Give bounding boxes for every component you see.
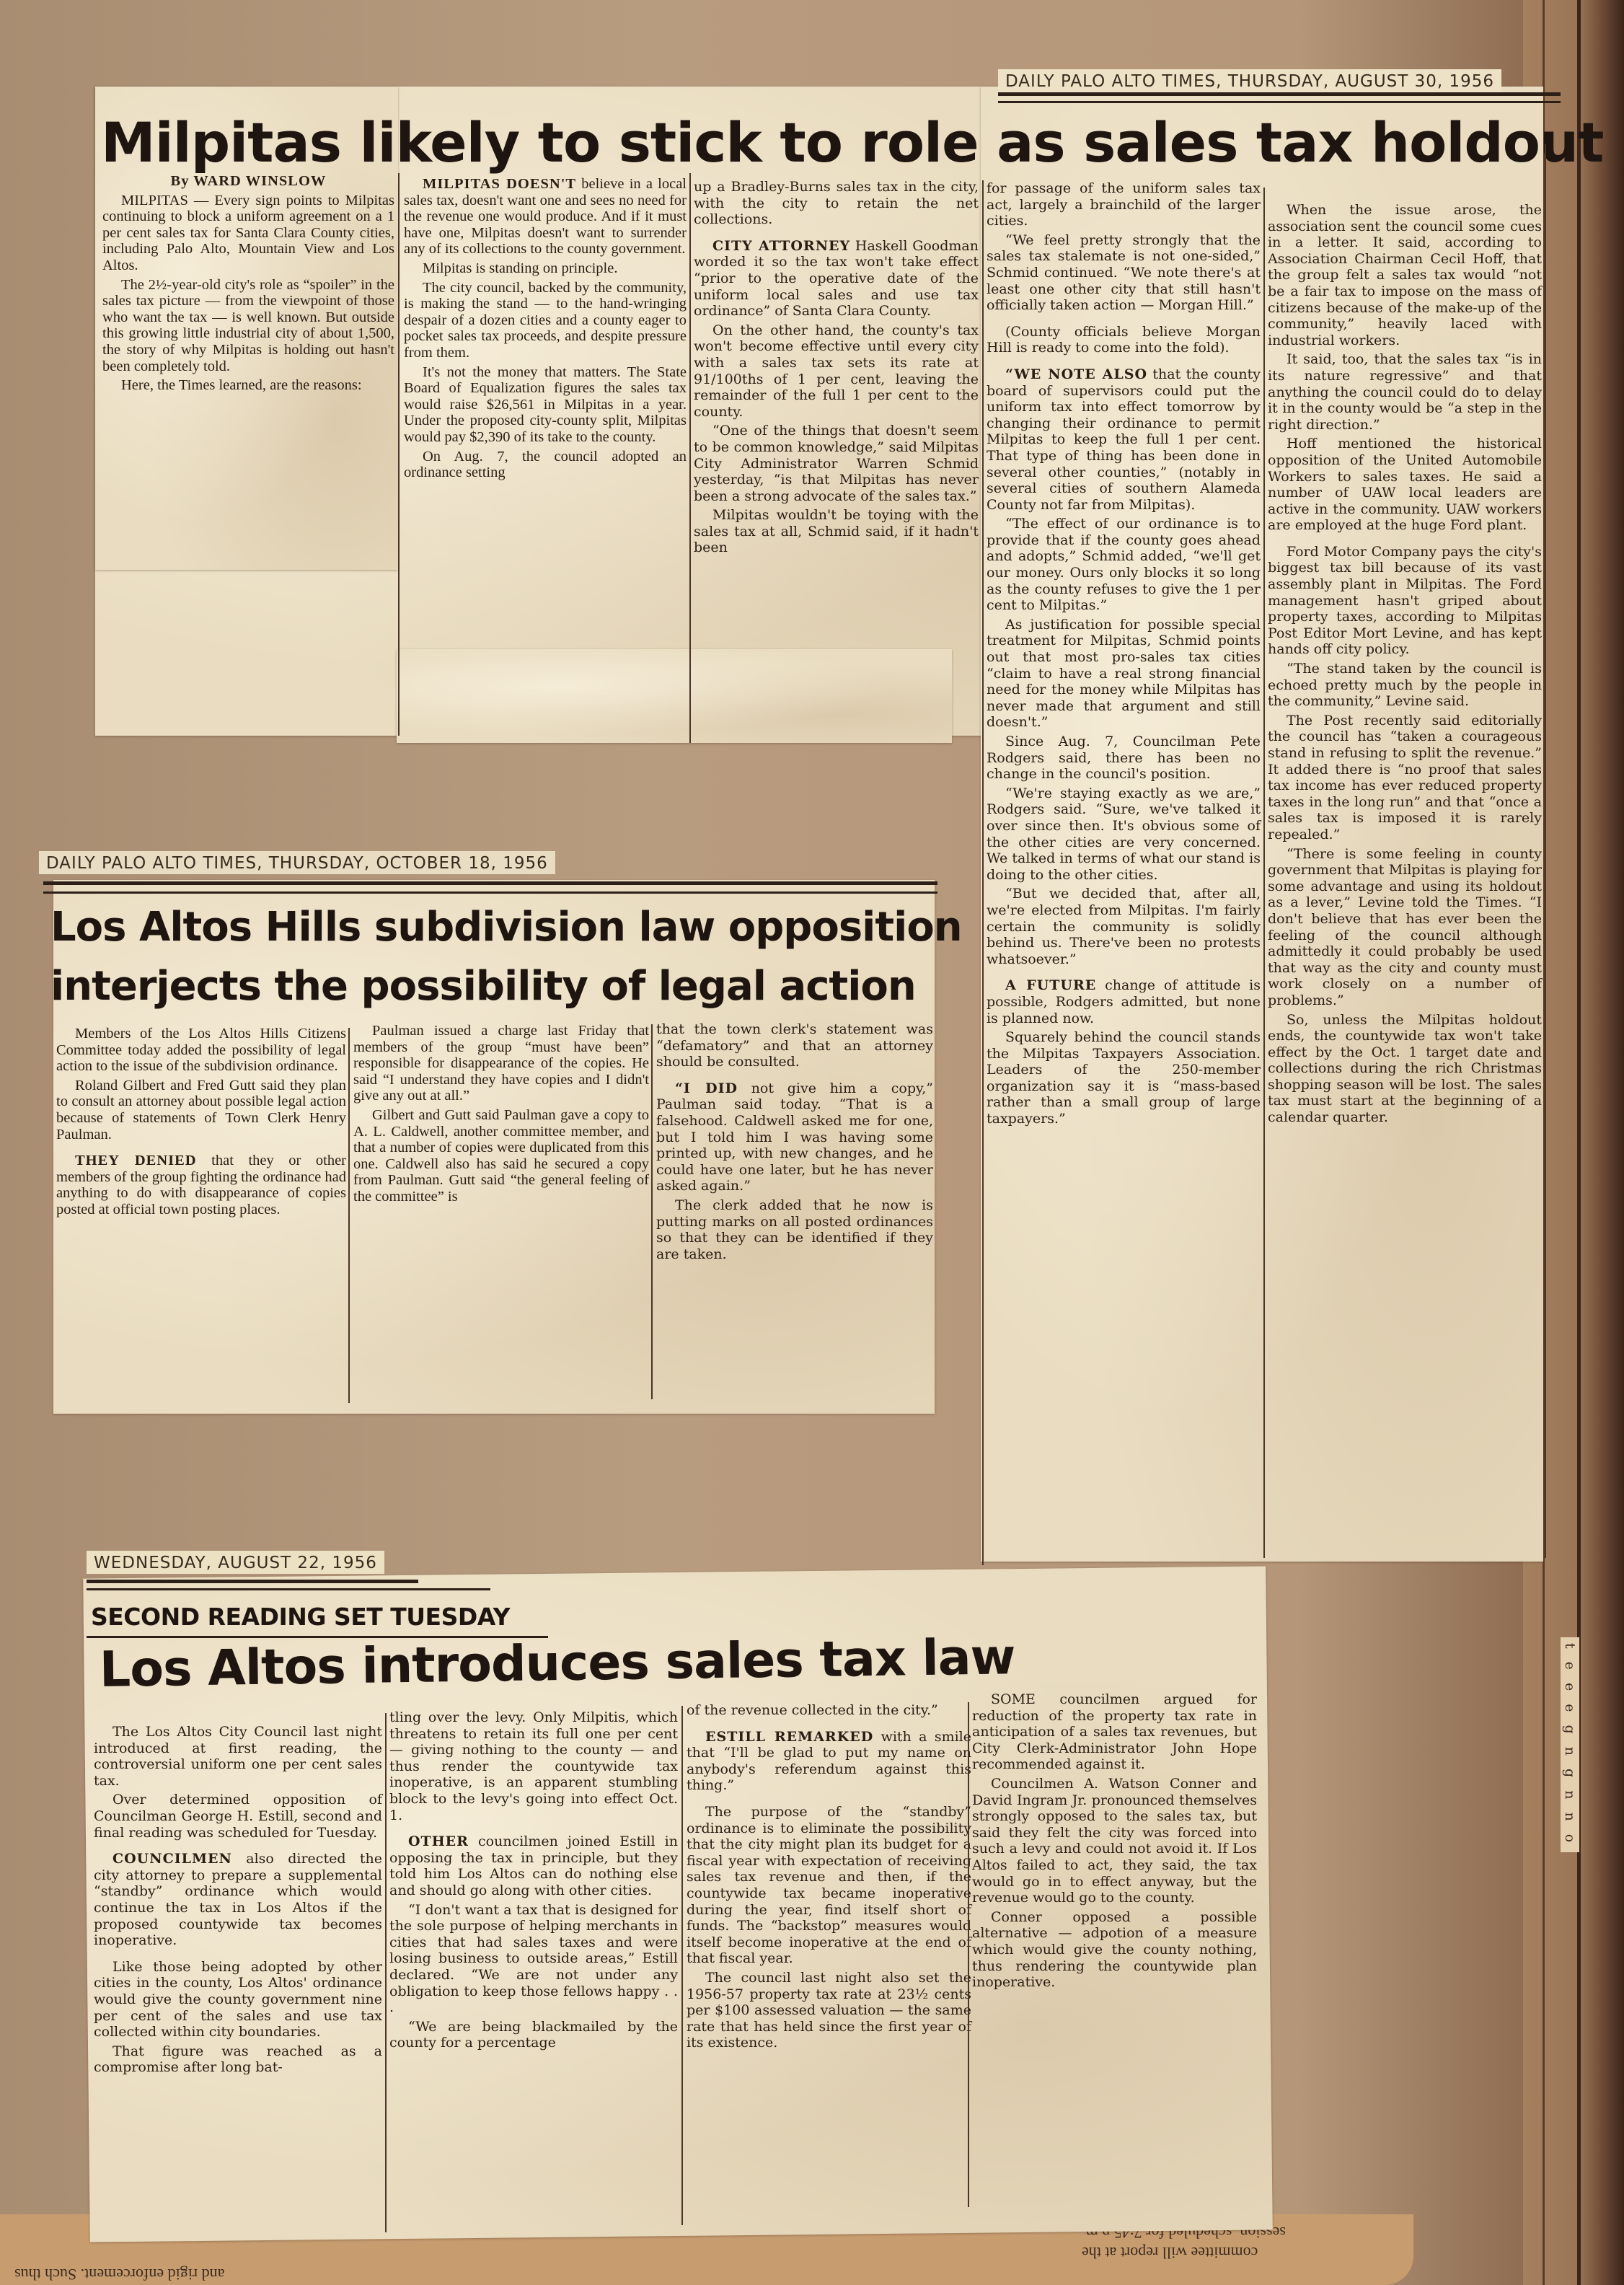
paragraph: As justification for possible special tr… <box>987 617 1261 731</box>
paragraph: The purpose of the “standby” ordinance i… <box>687 1804 971 1967</box>
paragraph: for passage of the uniform sales tax act… <box>987 180 1261 229</box>
paragraph: The 2½-year-old city's role as “spoiler”… <box>102 277 394 375</box>
paragraph: It said, too, that the sales tax “is in … <box>1268 351 1542 433</box>
lead-in: COUNCILMEN <box>112 1851 232 1867</box>
paragraph: Since Aug. 7, Councilman Pete Rodgers sa… <box>987 734 1261 783</box>
paragraph: “The effect of our ordinance is to provi… <box>987 516 1261 614</box>
paragraph: (County officials believe Morgan Hill is… <box>987 324 1261 356</box>
paragraph: “We feel pretty strongly that the sales … <box>987 232 1261 314</box>
binder-line <box>1577 0 1581 2285</box>
dateline-milpitas: DAILY PALO ALTO TIMES, THURSDAY, AUGUST … <box>998 69 1501 92</box>
paragraph: On the other hand, the county's tax won'… <box>694 322 979 421</box>
lead-in: OTHER <box>408 1833 469 1849</box>
article-column: The Los Altos City Council last night in… <box>94 1724 382 2079</box>
paragraph: It's not the money that matters. The Sta… <box>404 364 687 446</box>
paragraph: SOME councilmen argued for reduction of … <box>972 1691 1257 1773</box>
paragraph: “I don't want a tax that is designed for… <box>389 1902 678 2016</box>
paragraph: OTHER councilmen joined Estill in opposi… <box>389 1833 678 1898</box>
article-column: Paulman issued a charge last Friday that… <box>353 1023 649 1208</box>
lead-in: ESTILL REMARKED <box>705 1729 873 1745</box>
dateline-los-altos-hills: DAILY PALO ALTO TIMES, THURSDAY, OCTOBER… <box>39 851 555 874</box>
column-rule <box>385 1713 387 2232</box>
paragraph: MILPITAS — Every sign points to Milpitas… <box>102 193 394 274</box>
paragraph: tling over the levy. Only Milpitis, whic… <box>389 1709 678 1823</box>
paragraph: On Aug. 7, the council adopted an ordina… <box>404 449 687 481</box>
paragraph: Councilmen A. Watson Conner and David In… <box>972 1776 1257 1906</box>
paragraph: Roland Gilbert and Fred Gutt said they p… <box>56 1078 346 1142</box>
paragraph: The council last night also set the 1956… <box>687 1970 971 2051</box>
lead-in: “WE NOTE ALSO <box>1005 366 1147 382</box>
column-rule <box>1263 188 1265 1558</box>
paragraph: CITY ATTORNEY Haskell Goodman worded it … <box>694 238 979 320</box>
upside-down-text: committee will report at the <box>1082 2243 1258 2262</box>
clipping-milpitas-mid <box>397 649 952 743</box>
column-rule <box>968 1702 969 2207</box>
column-rule <box>982 180 984 1565</box>
column-rule <box>689 173 691 743</box>
upside-down-text: and rigid enforcement. Such thus <box>14 2265 224 2284</box>
paragraph: The Post recently said editorially the c… <box>1268 713 1542 843</box>
paragraph: Milpitas is standing on principle. <box>404 260 687 277</box>
paragraph: of the revenue collected in the city.” <box>687 1702 971 1719</box>
article-column: MILPITAS DOESN'T believe in a local sale… <box>404 176 687 484</box>
rule <box>998 101 1561 103</box>
paragraph: So, unless the Milpitas holdout ends, th… <box>1268 1012 1542 1126</box>
rule <box>87 1588 490 1590</box>
paragraph: “One of the things that doesn't seem to … <box>694 423 979 504</box>
paragraph: up a Bradley-Burns sales tax in the city… <box>694 179 979 228</box>
paragraph: That figure was reached as a compromise … <box>94 2043 382 2076</box>
right-edge-strip: t e e e g n g n n o <box>1561 1637 1579 1852</box>
paragraph: Like those being adopted by other cities… <box>94 1959 382 2040</box>
rule <box>43 891 937 894</box>
article-column: tling over the levy. Only Milpitis, whic… <box>389 1709 678 2054</box>
lead-in: THEY DENIED <box>75 1153 197 1168</box>
lead-in: CITY ATTORNEY <box>712 238 850 254</box>
paragraph: that the town clerk's statement was “def… <box>656 1021 933 1070</box>
paragraph: Hoff mentioned the historical opposition… <box>1268 436 1542 534</box>
paragraph: The city council, backed by the communit… <box>404 280 687 361</box>
article-column: for passage of the uniform sales tax act… <box>987 180 1261 1130</box>
article-column: of the revenue collected in the city.” E… <box>687 1702 971 2054</box>
paragraph: Here, the Times learned, are the reasons… <box>102 377 394 394</box>
column-rule <box>1545 144 1546 1558</box>
paragraph: “The stand taken by the council is echoe… <box>1268 661 1542 710</box>
paragraph: When the issue arose, the association se… <box>1268 202 1542 348</box>
rule <box>998 92 1561 96</box>
paragraph: The Los Altos City Council last night in… <box>94 1724 382 1789</box>
paragraph: The clerk added that he now is putting m… <box>656 1197 933 1262</box>
column-rule <box>348 1028 350 1403</box>
headline-milpitas: Milpitas likely to stick to role as sale… <box>101 115 1603 170</box>
paragraph: COUNCILMEN also directed the city attorn… <box>94 1851 382 1949</box>
paragraph: A FUTURE change of attitude is possible,… <box>987 977 1261 1026</box>
kicker-los-altos: SECOND READING SET TUESDAY <box>91 1603 510 1631</box>
paragraph: Conner opposed a possible alternative — … <box>972 1909 1257 1991</box>
article-column: that the town clerk's statement was “def… <box>656 1021 933 1265</box>
article-column: Members of the Los Altos Hills Citizens … <box>56 1026 346 1221</box>
paragraph: Ford Motor Company pays the city's bigge… <box>1268 544 1542 658</box>
article-column: By WARD WINSLOW MILPITAS — Every sign po… <box>102 173 394 397</box>
dateline-los-altos: WEDNESDAY, AUGUST 22, 1956 <box>87 1551 384 1574</box>
headline-los-altos: Los Altos introduces sales tax law <box>100 1633 1015 1695</box>
paragraph: “We're staying exactly as we are,” Rodge… <box>987 785 1261 884</box>
paragraph: Over determined opposition of Councilman… <box>94 1792 382 1841</box>
paragraph: “There is some feeling in county governm… <box>1268 846 1542 1009</box>
column-rule <box>651 1024 653 1399</box>
column-rule <box>398 173 400 736</box>
paragraph: “But we decided that, after all, we're e… <box>987 886 1261 967</box>
paragraph: Members of the Los Altos Hills Citizens … <box>56 1026 346 1075</box>
paragraph: “WE NOTE ALSO that the county board of s… <box>987 366 1261 513</box>
headline-los-altos-hills-line2: interjects the possibility of legal acti… <box>50 967 916 1007</box>
paragraph: “I DID not give him a copy,” Paulman sai… <box>656 1080 933 1194</box>
lead-in: “I DID <box>675 1080 738 1096</box>
paragraph: “We are being blackmailed by the county … <box>389 2019 678 2051</box>
lead-in: MILPITAS DOESN'T <box>423 176 576 192</box>
column-rule <box>681 1706 683 2225</box>
headline-los-altos-hills-line1: Los Altos Hills subdivision law oppositi… <box>50 907 962 948</box>
article-column: SOME councilmen argued for reduction of … <box>972 1691 1257 1994</box>
paragraph: Squarely behind the council stands the M… <box>987 1029 1261 1127</box>
byline: By WARD WINSLOW <box>102 173 394 190</box>
lead-in: A FUTURE <box>1005 977 1096 993</box>
paragraph: MILPITAS DOESN'T believe in a local sale… <box>404 176 687 257</box>
article-column: When the issue arose, the association se… <box>1268 202 1542 1129</box>
rule <box>87 1580 418 1583</box>
paragraph: Gilbert and Gutt said Paulman gave a cop… <box>353 1107 649 1205</box>
article-column: up a Bradley-Burns sales tax in the city… <box>694 179 979 559</box>
paragraph: Paulman issued a charge last Friday that… <box>353 1023 649 1104</box>
paragraph: THEY DENIED that they or other members o… <box>56 1153 346 1218</box>
paragraph: Milpitas wouldn't be toying with the sal… <box>694 507 979 556</box>
rule <box>43 881 937 885</box>
paragraph: ESTILL REMARKED with a smile that “I'll … <box>687 1729 971 1794</box>
